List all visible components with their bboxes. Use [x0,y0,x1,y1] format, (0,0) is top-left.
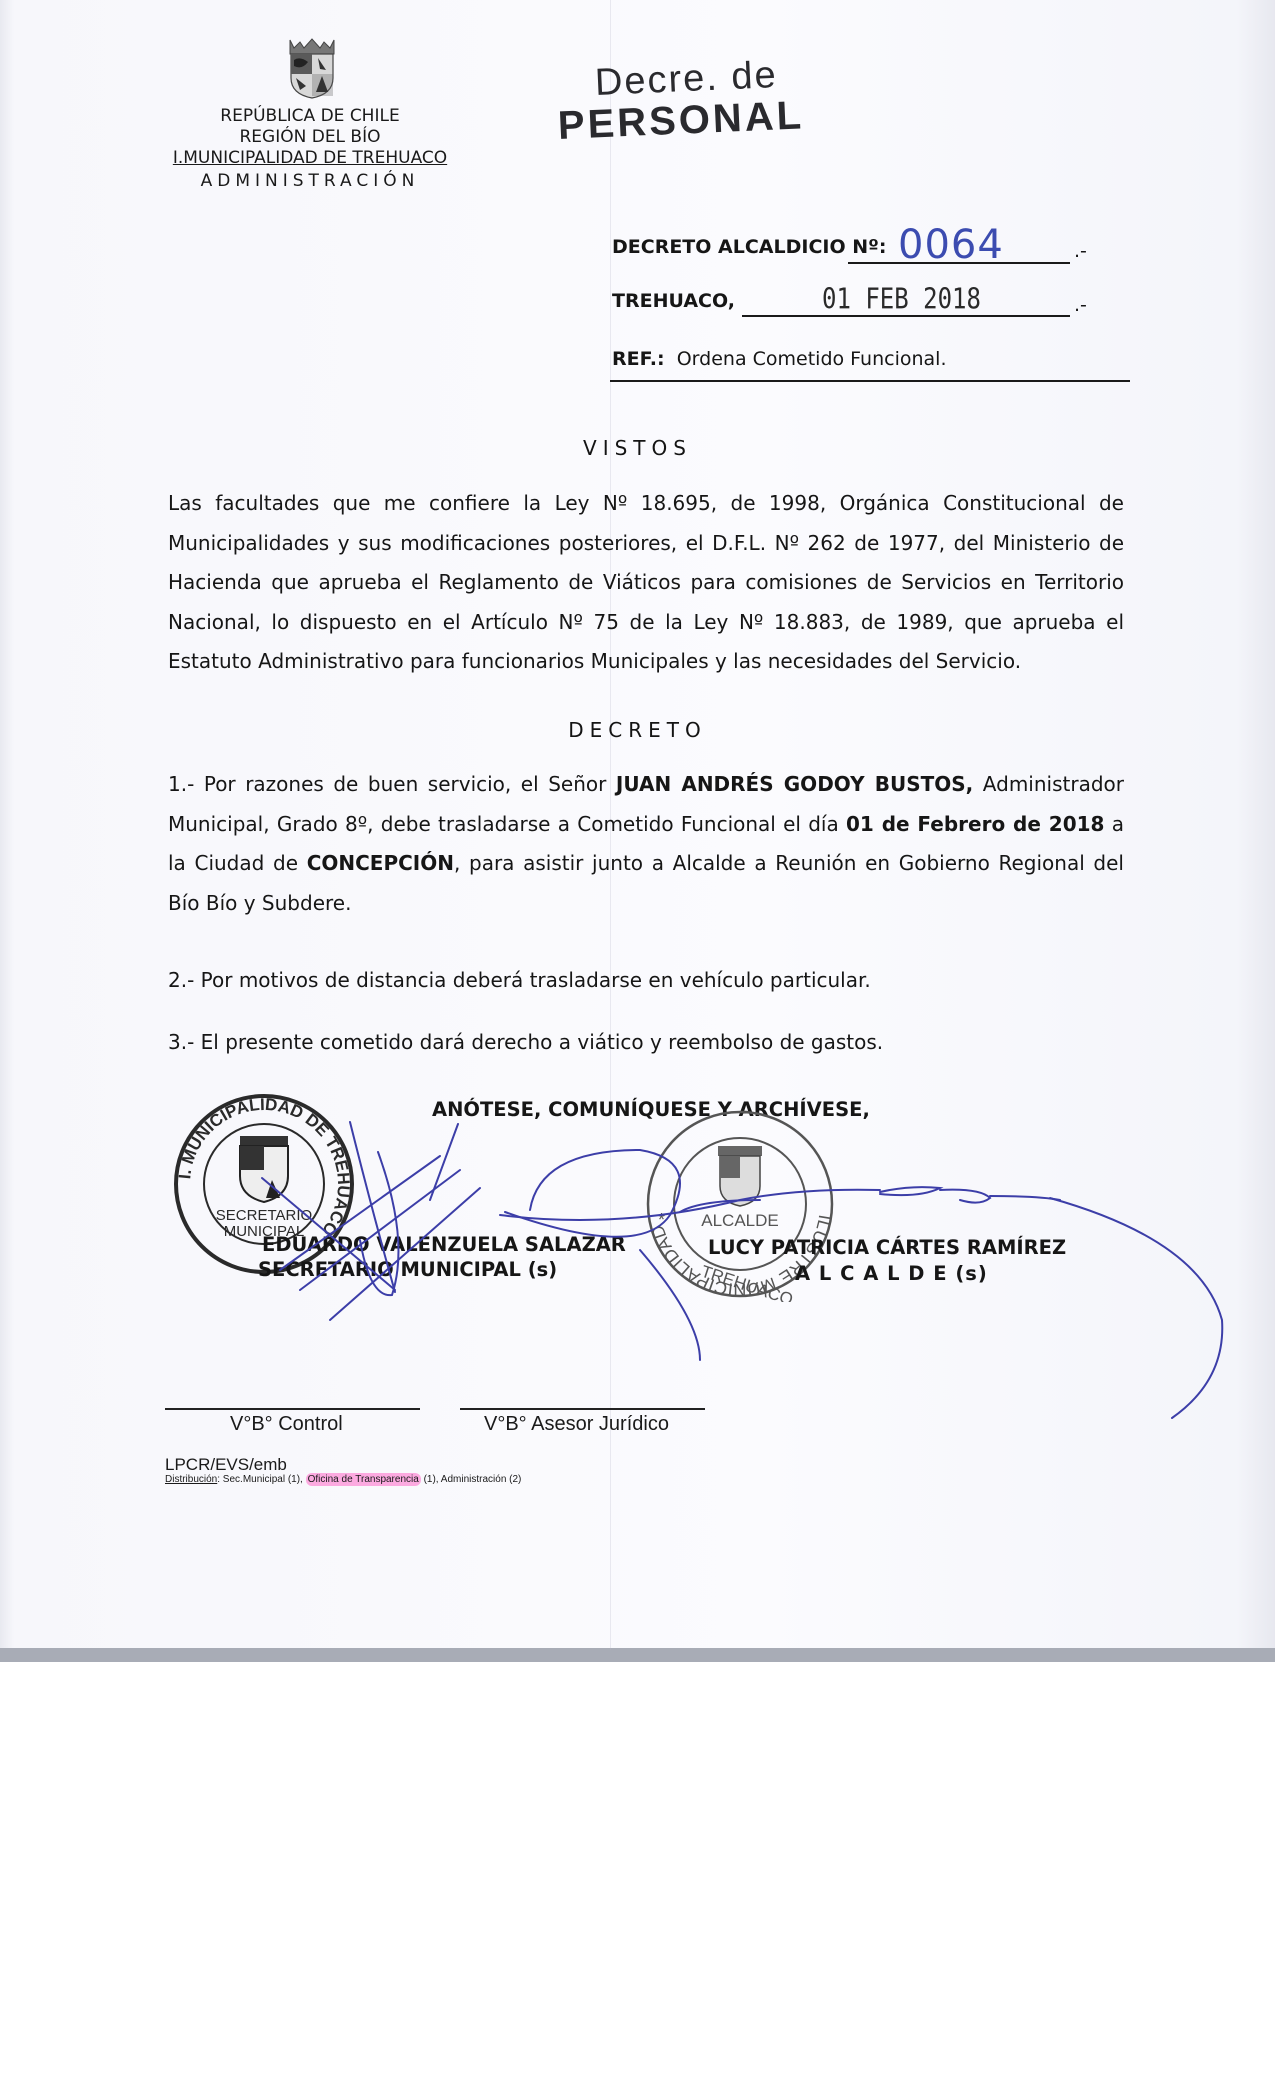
decree-number-value: 0064 [898,222,1004,268]
header-department: ADMINISTRACIÓN [140,171,480,191]
legal-approval-label: V°B° Asesor Jurídico [484,1413,669,1436]
decreto-item-1: 1.- Por razones de buen servicio, el Señ… [168,765,1124,923]
reference-underline [610,380,1130,382]
mayor-role: A L C A L D E (s) [795,1262,988,1285]
author-initials: LPCR/EVS/emb [165,1455,287,1475]
date-suffix: .- [1074,294,1087,316]
decree-number-suffix: .- [1074,240,1087,262]
svg-text:ALCALDE: ALCALDE [701,1211,778,1230]
header-country: REPÚBLICA DE CHILE [140,106,480,126]
distribution-list: Distribución: Sec.Municipal (1), Oficina… [165,1474,521,1485]
svg-text:SECRETARIO: SECRETARIO [216,1207,312,1224]
control-signature-line [165,1408,420,1410]
decreto-item-3: 3.- El presente cometido dará derecho a … [168,1030,883,1054]
control-approval-label: V°B° Control [230,1413,343,1436]
svg-text:*: * [658,1210,665,1230]
place-label: TREHUACO, [612,290,735,312]
vistos-text: Las facultades que me confiere la Ley Nº… [168,484,1124,682]
decreto-item-2: 2.- Por motivos de distancia deberá tras… [168,968,871,992]
secretary-role: SECRETARIO MUNICIPAL (s) [258,1258,557,1281]
reference: REF.: Ordena Cometido Funcional. [612,348,947,370]
decree-number-label: DECRETO ALCALDICIO Nº: [612,236,886,258]
secretary-name: EDUARDO VALENZUELA SALAZAR [262,1233,626,1256]
municipal-crest-icon [282,36,342,100]
legal-signature-line [460,1408,705,1410]
header-region: REGIÓN DEL BÍO [140,127,480,147]
highlighted-recipient: Oficina de Transparencia [306,1473,421,1486]
mayor-name: LUCY PATRICIA CÁRTES RAMÍREZ [708,1236,1066,1259]
scan-edge [0,1648,1275,1662]
header-municipality: I.MUNICIPALIDAD DE TREHUACO [140,148,480,168]
date-stamp: 01 FEB 2018 [822,282,981,316]
vistos-title: VISTOS [0,436,1275,460]
decreto-title: DECRETO [0,718,1275,742]
